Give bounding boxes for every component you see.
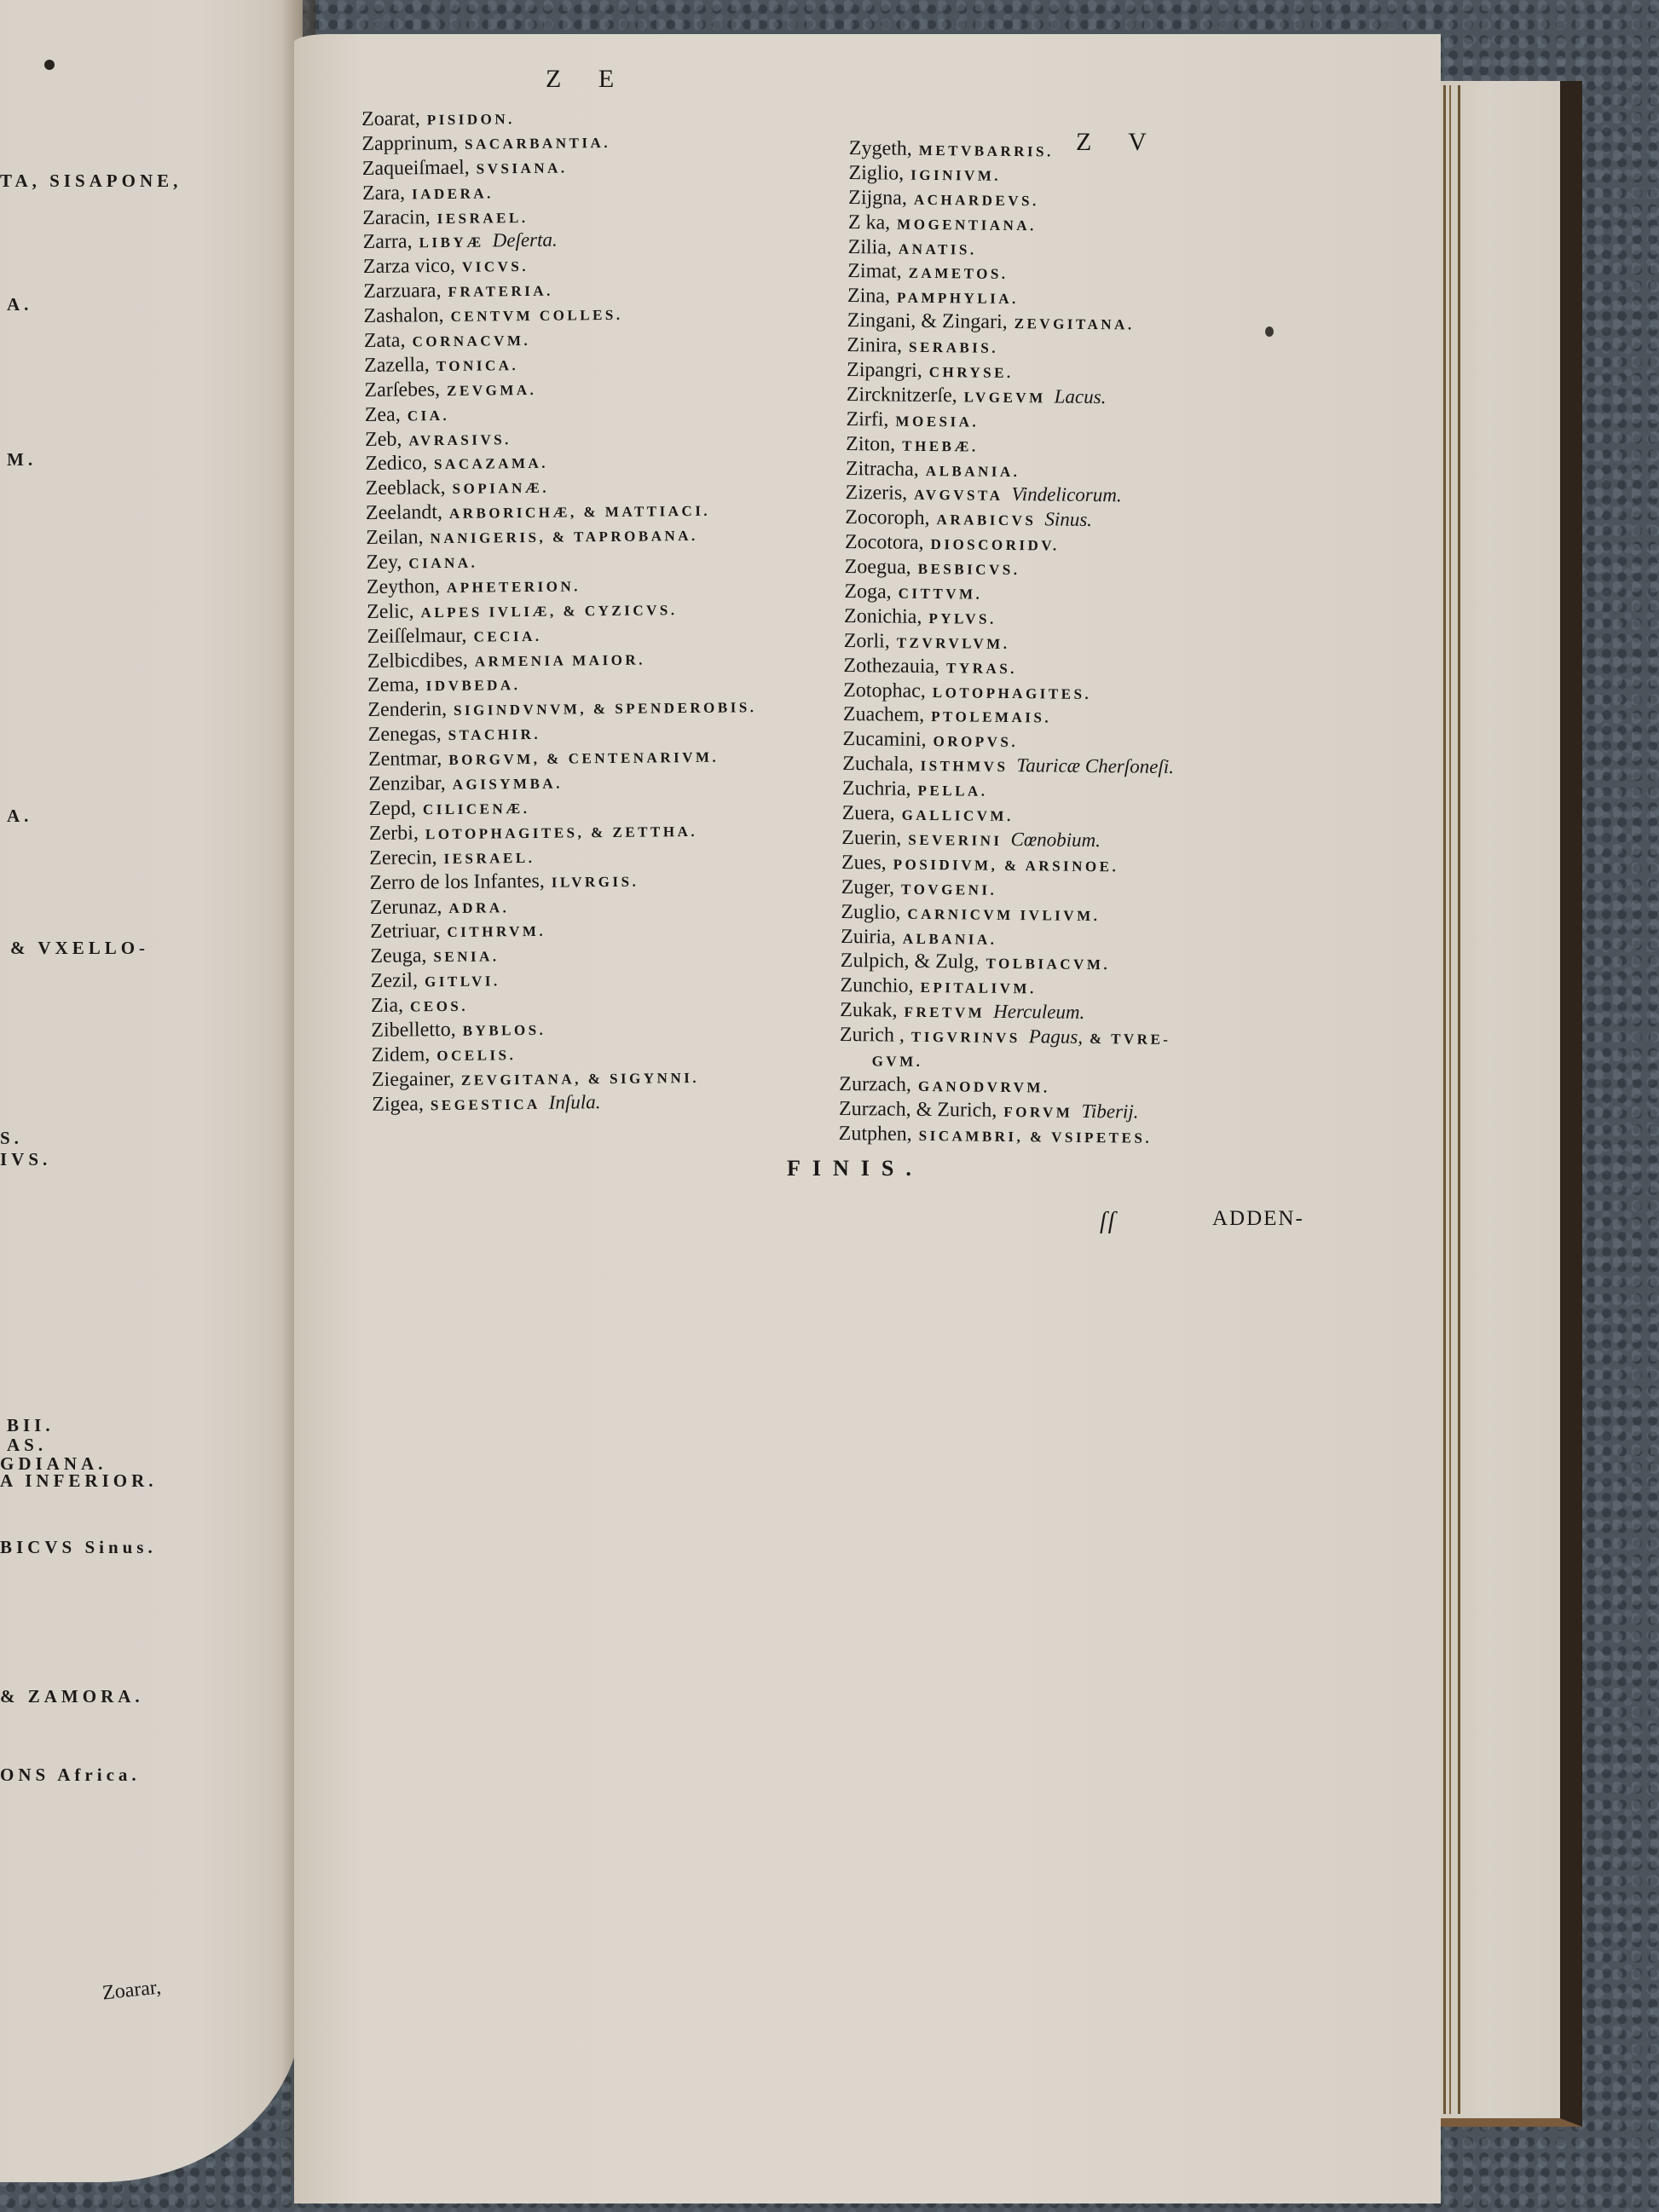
modern-name: Zibelletto, bbox=[371, 1019, 456, 1042]
index-entry: Zutphen, SICAMBRI, & VSIPETES. bbox=[839, 1122, 1171, 1150]
left-page-fragment: IVS. bbox=[0, 1149, 51, 1170]
ancient-name: TZVRVLVM. bbox=[897, 634, 1010, 651]
ancient-name: PYLVS. bbox=[928, 610, 997, 627]
index-entry: Zimat, ZAMETOS. bbox=[847, 259, 1179, 287]
modern-name: Zitracha, bbox=[846, 458, 919, 481]
ancient-name: SEGESTICA bbox=[431, 1095, 540, 1112]
left-page-fragment: TA, SISAPONE, bbox=[0, 170, 182, 192]
ancient-name: PELLA. bbox=[917, 783, 987, 800]
index-entry: Zurzach, GANODVRVM. bbox=[839, 1072, 1171, 1100]
ancient-name: ACHARDEVS. bbox=[914, 192, 1039, 210]
left-page-fragment: A INFERIOR. bbox=[0, 1470, 158, 1492]
ancient-name: ALBANIA. bbox=[926, 463, 1020, 480]
ancient-name: THEBÆ. bbox=[902, 437, 979, 454]
modern-name: Zedico, bbox=[365, 453, 427, 476]
modern-name: Zonichia, bbox=[844, 605, 922, 628]
index-entry: Zucamini, OROPVS. bbox=[842, 727, 1174, 755]
modern-name: Zezil, bbox=[371, 970, 419, 993]
modern-name: Zulpich, & Zulg, bbox=[841, 950, 980, 973]
ancient-name: EPITALIVM. bbox=[920, 979, 1036, 996]
ancient-name: CORNACVM. bbox=[412, 332, 530, 349]
modern-name: Zotophac, bbox=[843, 679, 926, 702]
italic-qualifier: Pagus, bbox=[1029, 1025, 1084, 1048]
index-entry: Zues, POSIDIVM, & ARSINOE. bbox=[841, 851, 1173, 879]
modern-name: Zijgna, bbox=[848, 187, 907, 210]
modern-name: Zuchria, bbox=[842, 777, 911, 800]
modern-name: Zutphen, bbox=[839, 1123, 912, 1146]
ancient-name: CEOS. bbox=[410, 998, 468, 1015]
ancient-name: ZEVGITANA. bbox=[1014, 315, 1135, 332]
modern-name: Zea, bbox=[365, 403, 401, 425]
ancient-name: ALBANIA. bbox=[903, 930, 997, 947]
index-column-right: Zygeth, METVBARRIS. Ziglio, IGINIVM. Zij… bbox=[839, 136, 1181, 1150]
index-entry: Zingani, & Zingari, ZEVGITANA. bbox=[847, 309, 1179, 337]
index-entry: Zuiria, ALBANIA. bbox=[841, 924, 1172, 952]
ancient-name-continued: & TVRE- bbox=[1090, 1031, 1171, 1048]
modern-name: Zerro de los Infantes, bbox=[369, 869, 545, 893]
modern-name: Zema, bbox=[367, 674, 419, 697]
ancient-name: BYBLOS. bbox=[463, 1022, 546, 1039]
italic-qualifier: Inſula. bbox=[549, 1091, 601, 1113]
modern-name: Zygeth, bbox=[849, 137, 912, 160]
left-page-fragment: M. bbox=[7, 449, 37, 471]
italic-qualifier: Sinus. bbox=[1044, 509, 1092, 531]
ancient-name: AVRASIVS. bbox=[408, 431, 512, 448]
ancient-name: LOTOPHAGITES, & ZETTHA. bbox=[425, 823, 697, 842]
ancient-name: ALPES IVLIÆ, & CYZICVS. bbox=[420, 602, 677, 621]
modern-name: Zues, bbox=[841, 852, 887, 875]
ancient-name: CITTVM. bbox=[899, 586, 983, 603]
finis-label: FINIS. bbox=[787, 1156, 923, 1181]
modern-name: Zuger, bbox=[841, 876, 895, 899]
ancient-name: GANODVRVM. bbox=[918, 1078, 1050, 1096]
modern-name: Zeelandt, bbox=[366, 501, 442, 524]
index-entry: GVM. bbox=[840, 1048, 1171, 1076]
ancient-name: ADRA. bbox=[448, 899, 509, 916]
index-column-left: Zoarat, PISIDON. Zapprinum, SACARBANTIA.… bbox=[361, 103, 760, 1117]
modern-name: Zeilan, bbox=[366, 526, 424, 549]
index-entry: Zizeris, AVGVSTA Vindelicorum. bbox=[845, 481, 1176, 509]
ancient-name: IDVBEDA. bbox=[426, 678, 521, 695]
index-entry: Zina, PAMPHYLIA. bbox=[847, 284, 1179, 312]
index-entry: Zuger, TOVGENI. bbox=[841, 875, 1173, 904]
modern-name: Zenderin, bbox=[367, 698, 447, 721]
modern-name: Z ka, bbox=[848, 211, 891, 234]
ancient-name: BORGVM, & CENTENARIVM. bbox=[448, 749, 719, 768]
ancient-name: DIOSCORIDV. bbox=[931, 536, 1060, 554]
modern-name: Zeython, bbox=[367, 575, 440, 598]
book-fore-edge bbox=[1441, 81, 1582, 2127]
index-entry: Zuchala, ISTHMVS Tauricæ Cherſoneſi. bbox=[842, 752, 1174, 780]
ancient-name: STACHIR. bbox=[448, 726, 541, 743]
ancient-name: CILICENÆ. bbox=[423, 800, 530, 817]
index-entry: Zocotora, DIOSCORIDV. bbox=[845, 530, 1176, 558]
ancient-name: AVGVSTA bbox=[914, 487, 1003, 504]
ancient-name: FRATERIA. bbox=[448, 283, 552, 300]
modern-name: Zarra, bbox=[363, 231, 413, 254]
ancient-name: LVGEVM bbox=[964, 389, 1046, 406]
modern-name: Zarza vico, bbox=[363, 255, 455, 278]
left-page-fragment: S. bbox=[0, 1128, 23, 1149]
ancient-name: TOLBIACVM. bbox=[986, 956, 1110, 973]
modern-name: Zarzuara, bbox=[363, 280, 442, 303]
index-entry: Zunchio, EPITALIVM. bbox=[840, 973, 1171, 1002]
modern-name: Zentmar, bbox=[368, 748, 442, 771]
italic-qualifier: Lacus. bbox=[1055, 385, 1107, 407]
index-entry: Zukak, FRETVM Herculeum. bbox=[840, 998, 1171, 1026]
ancient-name: MOESIA. bbox=[895, 413, 979, 430]
index-entry: Zoga, CITTVM. bbox=[844, 580, 1176, 608]
ancient-name: SACAZAMA. bbox=[434, 455, 548, 472]
ancient-name: ZEVGMA. bbox=[447, 382, 536, 399]
modern-name: Zocoroph, bbox=[845, 506, 930, 529]
modern-name: Zothezauia, bbox=[843, 655, 939, 678]
ancient-name: SERABIS. bbox=[909, 339, 998, 356]
index-entry: Zigea, SEGESTICA Inſula. bbox=[372, 1089, 760, 1118]
ancient-name: NANIGERIS, & TAPROBANA. bbox=[431, 528, 698, 546]
ancient-name: FORVM bbox=[1003, 1104, 1072, 1121]
modern-name: Zeeblack, bbox=[366, 476, 446, 500]
ancient-name: LIBYÆ bbox=[419, 234, 484, 251]
ancient-name: BESBICVS. bbox=[918, 561, 1020, 578]
ancient-name: PISIDON. bbox=[427, 111, 515, 128]
modern-name: Zeb, bbox=[365, 428, 402, 450]
ancient-name: CECIA. bbox=[473, 628, 541, 645]
index-entry: Zircknitzerſe, LVGEVM Lacus. bbox=[847, 383, 1178, 411]
ancient-name: OROPVS. bbox=[933, 733, 1018, 750]
index-entry: Zipangri, CHRYSE. bbox=[847, 358, 1178, 386]
ancient-name: CARNICVM IVLIVM. bbox=[907, 905, 1100, 923]
modern-name: Zaqueiſmael, bbox=[362, 156, 470, 179]
ancient-name: SENIA. bbox=[433, 949, 499, 966]
modern-name: Zingani, & Zingari, bbox=[847, 309, 1008, 333]
modern-name: Zoarat, bbox=[361, 107, 420, 130]
index-entry: Zonichia, PYLVS. bbox=[844, 604, 1176, 632]
modern-name: Zircknitzerſe, bbox=[847, 384, 957, 407]
modern-name: Zelbicdibes, bbox=[367, 649, 468, 672]
ancient-name: ARBORICHÆ, & MATTIACI. bbox=[449, 503, 710, 522]
modern-name: Zizeris, bbox=[845, 482, 907, 505]
modern-name: Zelic, bbox=[367, 600, 414, 623]
ancient-name: OCELIS. bbox=[436, 1047, 516, 1064]
ancient-name: SACARBANTIA. bbox=[465, 135, 610, 153]
signature-mark: ſſ bbox=[1100, 1208, 1117, 1235]
index-entry: Zeilan, NANIGERIS, & TAPROBANA. bbox=[366, 522, 754, 551]
ancient-name: PAMPHYLIA. bbox=[897, 290, 1019, 307]
ancient-name: IESRAEL. bbox=[437, 210, 529, 227]
modern-name: Zimat, bbox=[847, 260, 902, 283]
index-entry: Zijgna, ACHARDEVS. bbox=[848, 186, 1180, 214]
left-page bbox=[0, 0, 303, 2182]
index-entry: Zirfi, MOESIA. bbox=[846, 407, 1177, 436]
modern-name: Zurzach, & Zurich, bbox=[839, 1098, 997, 1122]
index-entry: Zurzach, & Zurich, FORVM Tiberij. bbox=[839, 1097, 1171, 1125]
index-entry: Zuachem, PTOLEMAIS. bbox=[843, 702, 1175, 731]
modern-name: Zarſebes, bbox=[364, 378, 440, 401]
modern-name: Zeuga, bbox=[370, 945, 426, 968]
index-entry: Zorli, TZVRVLVM. bbox=[844, 629, 1176, 657]
modern-name: Zia, bbox=[371, 995, 403, 1017]
modern-name: Zuachem, bbox=[843, 703, 925, 726]
index-entry: Zurich , TIGVRINVS Pagus, & TVRE- bbox=[840, 1023, 1171, 1051]
ancient-name: GVM. bbox=[872, 1053, 923, 1070]
ancient-name: TIGVRINVS bbox=[911, 1029, 1020, 1046]
index-entry: Zocoroph, ARABICVS Sinus. bbox=[845, 505, 1176, 534]
ancient-name: ZAMETOS. bbox=[909, 265, 1009, 282]
modern-name: Zurich , bbox=[840, 1024, 905, 1047]
modern-name: Ziglio, bbox=[848, 162, 904, 185]
left-page-fragment: A. bbox=[7, 294, 32, 315]
italic-qualifier: Cœnobium. bbox=[1010, 829, 1101, 851]
modern-name: Zukak, bbox=[840, 999, 898, 1022]
modern-name: Zazella, bbox=[364, 354, 430, 377]
index-entry: Z ka, MOGENTIANA. bbox=[848, 211, 1180, 239]
modern-name: Ziegainer, bbox=[372, 1068, 454, 1091]
modern-name: Zuiria, bbox=[841, 925, 896, 948]
ancient-name: SEVERINI bbox=[908, 832, 1002, 849]
index-entry: Zenderin, SIGINDVNVM, & SPENDEROBIS. bbox=[367, 695, 756, 724]
modern-name: Zoegua, bbox=[845, 556, 911, 579]
modern-name: Zoga, bbox=[844, 580, 892, 604]
ancient-name: CIANA. bbox=[408, 555, 477, 572]
ancient-name: IADERA. bbox=[412, 185, 494, 202]
left-page-fragment: A. bbox=[7, 806, 32, 827]
modern-name: Zigea, bbox=[372, 1093, 424, 1116]
ancient-name: ZEVGITANA, & SIGYNNI. bbox=[461, 1070, 699, 1089]
ancient-name: CITHRVM. bbox=[447, 923, 546, 940]
wormhole bbox=[44, 60, 55, 70]
index-entry: Zuera, GALLICVM. bbox=[842, 801, 1174, 829]
modern-name: Zerunaz, bbox=[370, 896, 442, 919]
italic-qualifier: Deſerta. bbox=[493, 229, 558, 251]
modern-name: Zuerin, bbox=[841, 827, 901, 850]
modern-name: Zurzach, bbox=[839, 1073, 911, 1096]
modern-name: Zina, bbox=[847, 285, 890, 308]
modern-name: Zeiſſelmaur, bbox=[367, 624, 466, 647]
index-entry: Zilia, ANATIS. bbox=[847, 235, 1179, 263]
ancient-name: IGINIVM. bbox=[910, 167, 1001, 184]
left-page-fragment: BII. bbox=[7, 1415, 55, 1436]
modern-name: Zara, bbox=[362, 182, 405, 205]
ancient-name: CHRYSE. bbox=[929, 364, 1014, 381]
ancient-name: IESRAEL. bbox=[443, 850, 535, 867]
index-entry: Zuerin, SEVERINI Cœnobium. bbox=[841, 826, 1173, 854]
ancient-name: SOPIANÆ. bbox=[453, 480, 550, 497]
ancient-name: FRETVM bbox=[904, 1004, 985, 1021]
modern-name: Zata, bbox=[364, 329, 406, 352]
modern-name: Zuera, bbox=[842, 802, 895, 825]
ancient-name: TONICA. bbox=[436, 357, 519, 374]
index-entry: Zuglio, CARNICVM IVLIVM. bbox=[841, 900, 1172, 928]
modern-name: Zetriuar, bbox=[370, 920, 441, 943]
ink-spot bbox=[1265, 326, 1274, 337]
ancient-name: SICAMBRI, & VSIPETES. bbox=[919, 1128, 1153, 1146]
index-entry: Zothezauia, TYRAS. bbox=[843, 654, 1175, 682]
ancient-name: ANATIS. bbox=[899, 240, 977, 257]
modern-name: Zerecin, bbox=[369, 846, 437, 869]
modern-name: Zaracin, bbox=[362, 206, 431, 229]
modern-name: Zidem, bbox=[372, 1043, 431, 1066]
ancient-name: MOGENTIANA. bbox=[897, 216, 1037, 234]
modern-name: Zepd, bbox=[368, 797, 416, 820]
modern-name: Zuglio, bbox=[841, 901, 900, 924]
ancient-name: ARABICVS bbox=[937, 511, 1037, 528]
left-page-fragment: BICVS Sinus. bbox=[0, 1537, 157, 1558]
ancient-name: GALLICVM. bbox=[902, 807, 1014, 824]
left-page-fragment: & VXELLO- bbox=[10, 938, 149, 959]
modern-name: Zocotora, bbox=[845, 531, 924, 554]
modern-name: Zipangri, bbox=[847, 359, 922, 382]
index-entry: Zentmar, BORGVM, & CENTENARIVM. bbox=[368, 743, 757, 772]
modern-name: Zapprinum, bbox=[361, 132, 458, 155]
ancient-name: ISTHMVS bbox=[920, 758, 1008, 775]
ancient-name: PTOLEMAIS. bbox=[931, 709, 1051, 726]
ancient-name: LOTOPHAGITES. bbox=[933, 684, 1092, 702]
modern-name: Zorli, bbox=[844, 630, 890, 653]
ancient-name: TOVGENI. bbox=[901, 881, 997, 898]
modern-name: Zenegas, bbox=[368, 723, 442, 746]
index-entry: Zinira, SERABIS. bbox=[847, 333, 1178, 361]
index-entry: Zoegua, BESBICVS. bbox=[845, 555, 1176, 583]
index-entry: Ziglio, IGINIVM. bbox=[848, 161, 1180, 189]
index-entry: Ziton, THEBÆ. bbox=[846, 432, 1177, 460]
index-entry: Zuchria, PELLA. bbox=[842, 777, 1174, 805]
modern-name: Ziton, bbox=[846, 433, 895, 456]
italic-qualifier: Herculeum. bbox=[993, 1001, 1084, 1023]
ancient-name: SIGINDVNVM, & SPENDEROBIS. bbox=[454, 700, 757, 719]
italic-qualifier: Tauricæ Cherſoneſi. bbox=[1016, 754, 1174, 777]
ancient-name: METVBARRIS. bbox=[919, 142, 1054, 160]
left-page-fragment: & ZAMORA. bbox=[0, 1686, 144, 1707]
ancient-name: GITLVI. bbox=[425, 973, 500, 990]
ancient-name: CIA. bbox=[408, 407, 450, 424]
ancient-name: ARMENIA MAIOR. bbox=[475, 651, 645, 669]
index-entry: Zotophac, LOTOPHAGITES. bbox=[843, 679, 1175, 707]
modern-name: Zucamini, bbox=[842, 728, 926, 751]
modern-name: Zinira, bbox=[847, 334, 902, 357]
ancient-name: CENTVM COLLES. bbox=[450, 307, 622, 325]
index-entry: Zitracha, ALBANIA. bbox=[846, 457, 1177, 485]
running-head-left: Z E bbox=[546, 65, 629, 94]
italic-qualifier: Tiberij. bbox=[1081, 1100, 1138, 1123]
fore-edge-page-lines bbox=[1443, 85, 1460, 2114]
modern-name: Zunchio, bbox=[840, 974, 913, 997]
ancient-name: POSIDIVM, & ARSINOE. bbox=[893, 856, 1119, 875]
modern-name: Zenzibar, bbox=[368, 772, 446, 795]
ancient-name: AGISYMBA. bbox=[453, 776, 563, 793]
modern-name: Zilia, bbox=[848, 236, 893, 259]
catchword: ADDEN- bbox=[1212, 1207, 1304, 1231]
italic-qualifier: Vindelicorum. bbox=[1011, 483, 1122, 505]
ancient-name: SVSIANA. bbox=[477, 159, 568, 176]
index-entry: Zygeth, METVBARRIS. bbox=[849, 136, 1181, 165]
ancient-name: VICVS. bbox=[462, 258, 529, 275]
modern-name: Zerbi, bbox=[369, 822, 419, 845]
index-entry: Zulpich, & Zulg, TOLBIACVM. bbox=[841, 949, 1172, 977]
ancient-name: ILVRGIS. bbox=[552, 873, 639, 890]
ancient-name: APHETERION. bbox=[447, 578, 581, 596]
left-page-fragment: ONS Africa. bbox=[0, 1764, 141, 1786]
modern-name: Zirfi, bbox=[846, 408, 888, 431]
modern-name: Zey, bbox=[366, 552, 402, 574]
ancient-name: TYRAS. bbox=[946, 660, 1017, 677]
modern-name: Zashalon, bbox=[363, 304, 443, 327]
modern-name: Zuchala, bbox=[842, 753, 914, 776]
